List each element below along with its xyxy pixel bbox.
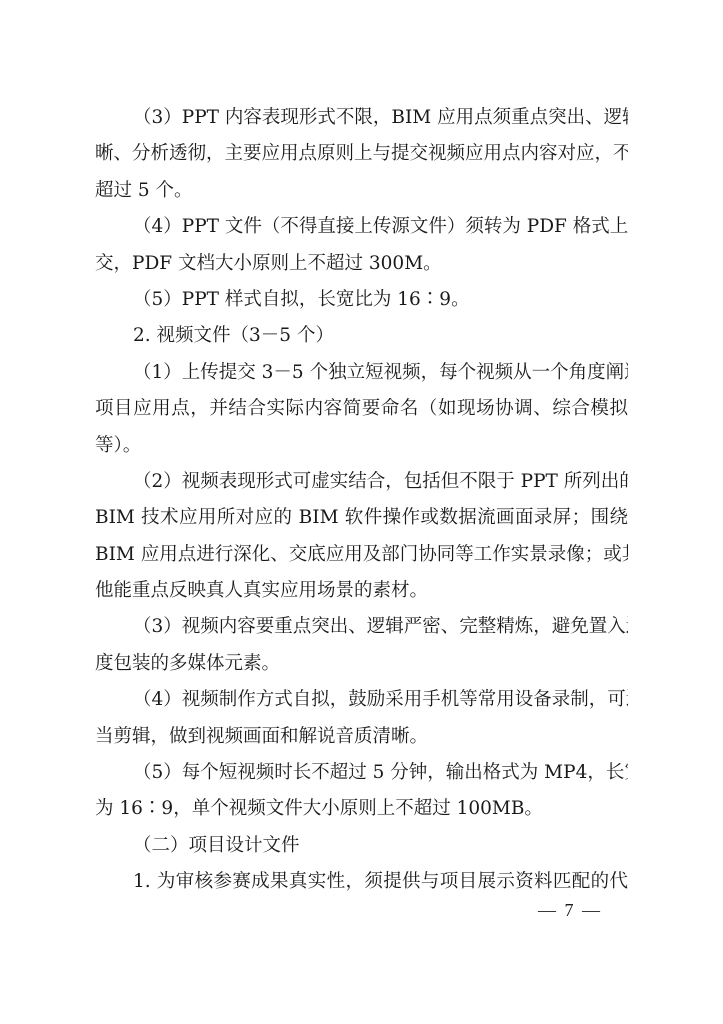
- section-heading-design-files: （二）项目设计文件: [95, 828, 628, 864]
- heading-text: 2. 视频文件（3－5 个）: [95, 318, 628, 354]
- text-line: （5）每个短视频时长不超过 5 分钟，输出格式为 MP4，长宽比: [95, 755, 628, 791]
- paragraph-ppt-5: （5）PPT 样式自拟，长宽比为 16∶9。: [95, 282, 628, 318]
- text-line: BIM 技术应用所对应的 BIM 软件操作或数据流画面录屏；围绕: [95, 500, 628, 536]
- document-page: （3）PPT 内容表现形式不限，BIM 应用点须重点突出、逻辑清 晰、分析透彻，…: [95, 100, 628, 901]
- text-line: （1）上传提交 3－5 个独立短视频，每个视频从一个角度阐述: [95, 355, 628, 391]
- text-line: 晰、分析透彻，主要应用点原则上与提交视频应用点内容对应，不: [95, 136, 628, 172]
- text-line: 1. 为审核参赛成果真实性，须提供与项目展示资料匹配的代: [95, 864, 628, 900]
- text-line: （3）PPT 内容表现形式不限，BIM 应用点须重点突出、逻辑清: [95, 100, 628, 136]
- text-line: 交，PDF 文档大小原则上不超过 300M。: [95, 246, 628, 282]
- text-line: 他能重点反映真人真实应用场景的素材。: [95, 573, 628, 609]
- text-line: 为 16∶9，单个视频文件大小原则上不超过 100MB。: [95, 791, 628, 827]
- text-line: （4）PPT 文件（不得直接上传源文件）须转为 PDF 格式上传提: [95, 209, 628, 245]
- text-line: 超过 5 个。: [95, 173, 628, 209]
- paragraph-ppt-3: （3）PPT 内容表现形式不限，BIM 应用点须重点突出、逻辑清 晰、分析透彻，…: [95, 100, 628, 209]
- paragraph-video-1: （1）上传提交 3－5 个独立短视频，每个视频从一个角度阐述 项目应用点，并结合…: [95, 355, 628, 464]
- paragraph-video-5: （5）每个短视频时长不超过 5 分钟，输出格式为 MP4，长宽比 为 16∶9，…: [95, 755, 628, 828]
- text-line: BIM 应用点进行深化、交底应用及部门协同等工作实景录像；或其: [95, 537, 628, 573]
- text-line: 等）。: [95, 428, 628, 464]
- paragraph-design-1: 1. 为审核参赛成果真实性，须提供与项目展示资料匹配的代: [95, 864, 628, 900]
- text-line: （5）PPT 样式自拟，长宽比为 16∶9。: [95, 282, 628, 318]
- paragraph-ppt-4: （4）PPT 文件（不得直接上传源文件）须转为 PDF 格式上传提 交，PDF …: [95, 209, 628, 282]
- page-number: — 7 —: [538, 900, 602, 921]
- section-heading-video-files: 2. 视频文件（3－5 个）: [95, 318, 628, 354]
- heading-text: （二）项目设计文件: [95, 828, 628, 864]
- text-line: （2）视频表现形式可虚实结合，包括但不限于 PPT 所列出的: [95, 464, 628, 500]
- paragraph-video-4: （4）视频制作方式自拟，鼓励采用手机等常用设备录制，可适 当剪辑，做到视频画面和…: [95, 682, 628, 755]
- text-line: 当剪辑，做到视频画面和解说音质清晰。: [95, 719, 628, 755]
- text-line: 度包装的多媒体元素。: [95, 646, 628, 682]
- text-line: （3）视频内容要重点突出、逻辑严密、完整精炼，避免置入过: [95, 609, 628, 645]
- paragraph-video-3: （3）视频内容要重点突出、逻辑严密、完整精炼，避免置入过 度包装的多媒体元素。: [95, 609, 628, 682]
- text-line: 项目应用点，并结合实际内容简要命名（如现场协调、综合模拟: [95, 391, 628, 427]
- text-line: （4）视频制作方式自拟，鼓励采用手机等常用设备录制，可适: [95, 682, 628, 718]
- paragraph-video-2: （2）视频表现形式可虚实结合，包括但不限于 PPT 所列出的 BIM 技术应用所…: [95, 464, 628, 610]
